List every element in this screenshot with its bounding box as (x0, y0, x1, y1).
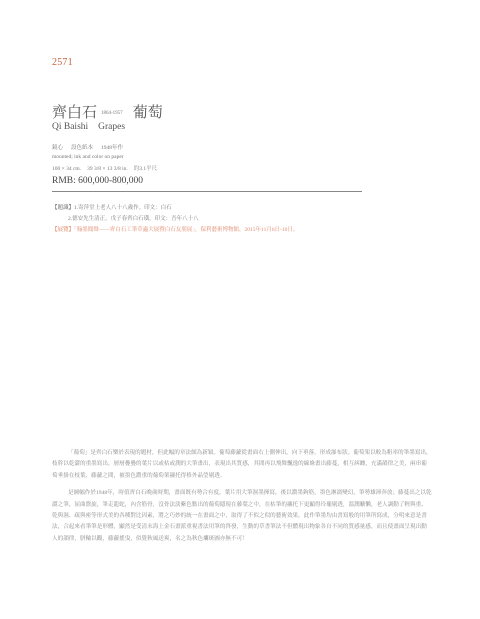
inscription-label: 【題識】 (52, 205, 74, 211)
inscription-line-2: 2.德安先生清正，戊子春齊白石璜。印文：吾年八十八 (52, 214, 298, 225)
meta-cn: 鏡心設色紙本1948年作 (52, 143, 131, 151)
work-title-en: Grapes (98, 122, 125, 132)
exhibition-line: 【展覽】「翰墨聞聲——齊白石工筆草蟲大展暨白石友朋展」，保利藝術博物館，2015… (52, 225, 298, 236)
size-in: 39 3/8 × 13 3/8 in. (87, 166, 128, 172)
artist-name-cn: 齊白石 (52, 105, 97, 121)
divider (52, 191, 362, 192)
artist-name-en: Qi Baishi (52, 122, 88, 132)
essay-paragraph-1: 「葡萄」是齊白石樂於表現的題材，但此幅的章法頗為新穎。葡萄藤蘿從畫面右上側伸出，… (52, 448, 432, 482)
title-line: 齊白石1864-1957葡萄 (52, 101, 163, 122)
size-cn: 約3.1平尺 (134, 166, 157, 172)
essay-paragraph-2: 是圖幅作於1948年，時值齊白石晚歲時期，畫面既有勢合有度，葉片用大筆濕墨揮寫，… (52, 488, 432, 545)
lot-number: 2571 (52, 57, 73, 68)
exhibition-label: 【展覽】 (52, 227, 74, 233)
artist-dates: 1864-1957 (101, 111, 123, 116)
title-line-en: Qi BaishiGrapes (52, 122, 125, 132)
inscription-2: 2.德安先生清正，戊子春齊白石璜。印文：吾年八十八 (68, 216, 199, 222)
size-cm: 100 × 34 cm. (52, 166, 81, 172)
medium-cn: 設色紙本 (71, 145, 93, 151)
inscription-line-1: 【題識】1.寄萍堂上老人八十八歲作。印文：白石 (52, 203, 298, 214)
work-title-cn: 葡萄 (133, 105, 163, 121)
essay: 「葡萄」是齊白石樂於表現的題材，但此幅的章法頗為新穎。葡萄藤蘿從畫面右上側伸出，… (52, 448, 432, 551)
exhibition-text: 「翰墨聞聲——齊白石工筆草蟲大展暨白石友朋展」，保利藝術博物館，2015年11月… (74, 227, 298, 233)
estimate: RMB: 600,000-800,000 (52, 176, 143, 186)
notes-section: 【題識】1.寄萍堂上老人八十八歲作。印文：白石 2.德安先生清正，戊子春齊白石璜… (52, 203, 298, 236)
inscription-1: 1.寄萍堂上老人八十八歲作。印文：白石 (74, 205, 172, 211)
medium-en: mounted; ink and color on paper (52, 154, 124, 160)
year-cn: 1948年作 (101, 145, 123, 151)
dimensions: 100 × 34 cm.39 3/8 × 13 3/8 in.約3.1平尺 (52, 164, 163, 172)
format-cn: 鏡心 (52, 145, 63, 151)
